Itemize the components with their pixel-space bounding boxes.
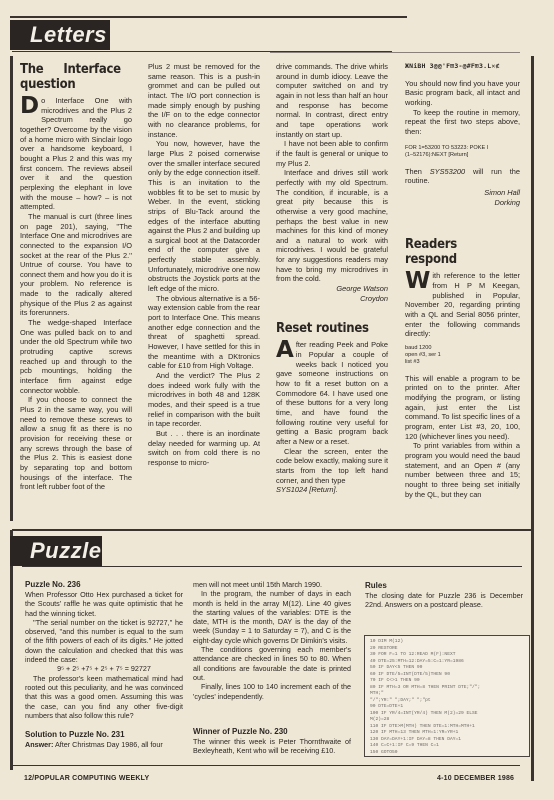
- dropcap-w: W: [405, 272, 430, 291]
- rules-heading: Rules: [365, 581, 523, 591]
- reset-col4-para-1: You should now find you have your Basic …: [405, 79, 520, 108]
- dropcap-a: A: [276, 341, 294, 360]
- rules-text: The closing date for Puzzle 236 is Decem…: [365, 591, 523, 610]
- puzzle-left-bar: [10, 530, 13, 770]
- solution-para-2: In the program, the number of days in ea…: [193, 589, 351, 645]
- top-rule: [10, 16, 407, 18]
- readers-intro: With reference to the letter from H P M …: [405, 271, 520, 339]
- interface-para-10: drive commands. The drive whirls around …: [276, 62, 388, 139]
- interface-letter-col3: drive commands. The drive whirls around …: [276, 62, 388, 495]
- footer-left: 12/POPULAR COMPUTING WEEKLY: [24, 775, 149, 782]
- code-line: list #3: [405, 359, 520, 366]
- puzzle-section-title: Puzzle: [10, 536, 102, 566]
- puzzle-col2: men will not meet until 15th March 1990.…: [193, 580, 351, 755]
- code-line: open #3, ser 1: [405, 352, 520, 359]
- reset-command: SYS1024 [Return].: [276, 485, 388, 495]
- dropcap-d: D: [20, 97, 39, 116]
- winner-heading: Winner of Puzzle No. 230: [193, 727, 351, 737]
- interface-para-8: And the verdict? The Plus 2 does indeed …: [148, 371, 260, 429]
- code-line: baud 1200: [405, 345, 520, 352]
- solution-heading: Solution to Puzzle No. 231: [25, 730, 183, 740]
- readers-para-2: To print variables from within a program…: [405, 441, 520, 499]
- interface-para-9: But . . . there is an inordinate delay n…: [148, 429, 260, 468]
- interface-para-4: If you choose to connect the Plus 2 in t…: [20, 395, 132, 492]
- interface-para-3: The wedge-shaped Interface One was pulle…: [20, 318, 132, 395]
- interface-para-2: The manual is curt (three lines on page …: [20, 212, 132, 318]
- signature-place-2: Dorking: [405, 198, 520, 208]
- puzzle-col1: Puzzle No. 236 When Professor Otto Hex p…: [25, 580, 183, 749]
- solution-para-4: Finally, lines 100 to 140 increment each…: [193, 682, 351, 701]
- interface-para-11: I have not been able to confirm if the f…: [276, 139, 388, 168]
- puzzle-col3: Rules The closing date for Puzzle 236 is…: [365, 581, 523, 610]
- solution-answer: Answer: After Christmas Day 1986, all fo…: [25, 740, 183, 749]
- signature-place: Croydon: [276, 294, 388, 304]
- letters-left-bar: [10, 56, 13, 521]
- readers-code: baud 1200 open #3, ser 1 list #3: [405, 345, 520, 366]
- interface-para-5: Plus 2 must be removed for the same reas…: [148, 62, 260, 139]
- for-line-1: FOR 1=53200 TO 53223: POKE I: [405, 145, 520, 152]
- letters-right-bar: [531, 56, 534, 781]
- interface-para-12: Interface and drives still work perfectl…: [276, 168, 388, 284]
- letters-col4: ЖNiBH 3@@'F⊞3-@#F⊞3.L✕⊄ You should now f…: [405, 62, 520, 499]
- puzzle-equation: 9⁵ + 2⁵ +7⁵ + 2⁵ + 7⁵ = 92727: [25, 664, 183, 673]
- then-run-text: Then SYS53200 will run the routine.: [405, 167, 520, 186]
- reset-top-rule: [270, 52, 520, 53]
- reset-para-2: Clear the screen, enter the code below e…: [276, 447, 388, 486]
- interface-para-1: Do Interface One with microdrives and th…: [20, 96, 132, 212]
- signature-name-2: Simon Hall: [405, 188, 520, 198]
- garbled-code: ЖNiBH 3@@'F⊞3-@#F⊞3.L✕⊄: [405, 62, 520, 72]
- program-listing: 10 DIM M(12) 20 RESTORE 30 FOR F=1 TO 12…: [364, 635, 530, 757]
- solution-para-3: The conditions governing each member's a…: [193, 645, 351, 682]
- interface-letter-col1: The Interface question Do Interface One …: [20, 62, 132, 492]
- puzzle-236-para-2: ''The serial number on the ticket is 927…: [25, 618, 183, 664]
- solution-para-1: men will not meet until 15th March 1990.: [193, 580, 351, 589]
- reset-heading: Reset routines: [276, 321, 377, 336]
- magazine-page: Letters Puzzle The Interface question Do…: [0, 0, 554, 800]
- puzzle-236-heading: Puzzle No. 236: [25, 580, 183, 590]
- letters-section-title: Letters: [10, 20, 110, 50]
- letters-bottom-rule: [12, 529, 532, 531]
- interface-para-6: You now, however, have the large Plus 2 …: [148, 139, 260, 294]
- puzzle-rule: [22, 566, 522, 567]
- interface-heading: The Interface question: [20, 62, 121, 92]
- interface-letter-col2: Plus 2 must be removed for the same reas…: [148, 62, 260, 468]
- readers-heading: Readers respond: [405, 237, 509, 267]
- footer-right: 4-10 DECEMBER 1986: [437, 775, 514, 782]
- puzzle-236-para-3: The professor's keen mathematical mind h…: [25, 674, 183, 720]
- reset-para-1: After reading Peek and Poke in Popular a…: [276, 340, 388, 446]
- reset-col4-para-2: To keep the routine in memory, repeat th…: [405, 108, 520, 137]
- interface-para-7: The obvious alternative is a 56-way exte…: [148, 294, 260, 371]
- puzzle-236-para-1: When Professor Otto Hex purchased a tick…: [25, 590, 183, 618]
- signature-name: George Watson: [276, 284, 388, 294]
- for-line-2: (1–52176):NEXT [Return]: [405, 152, 520, 159]
- readers-para-1: This will enable a program to be printed…: [405, 374, 520, 442]
- winner-text: The winner this week is Peter Thornthwai…: [193, 737, 351, 756]
- puzzle-bottom-rule: [12, 765, 520, 766]
